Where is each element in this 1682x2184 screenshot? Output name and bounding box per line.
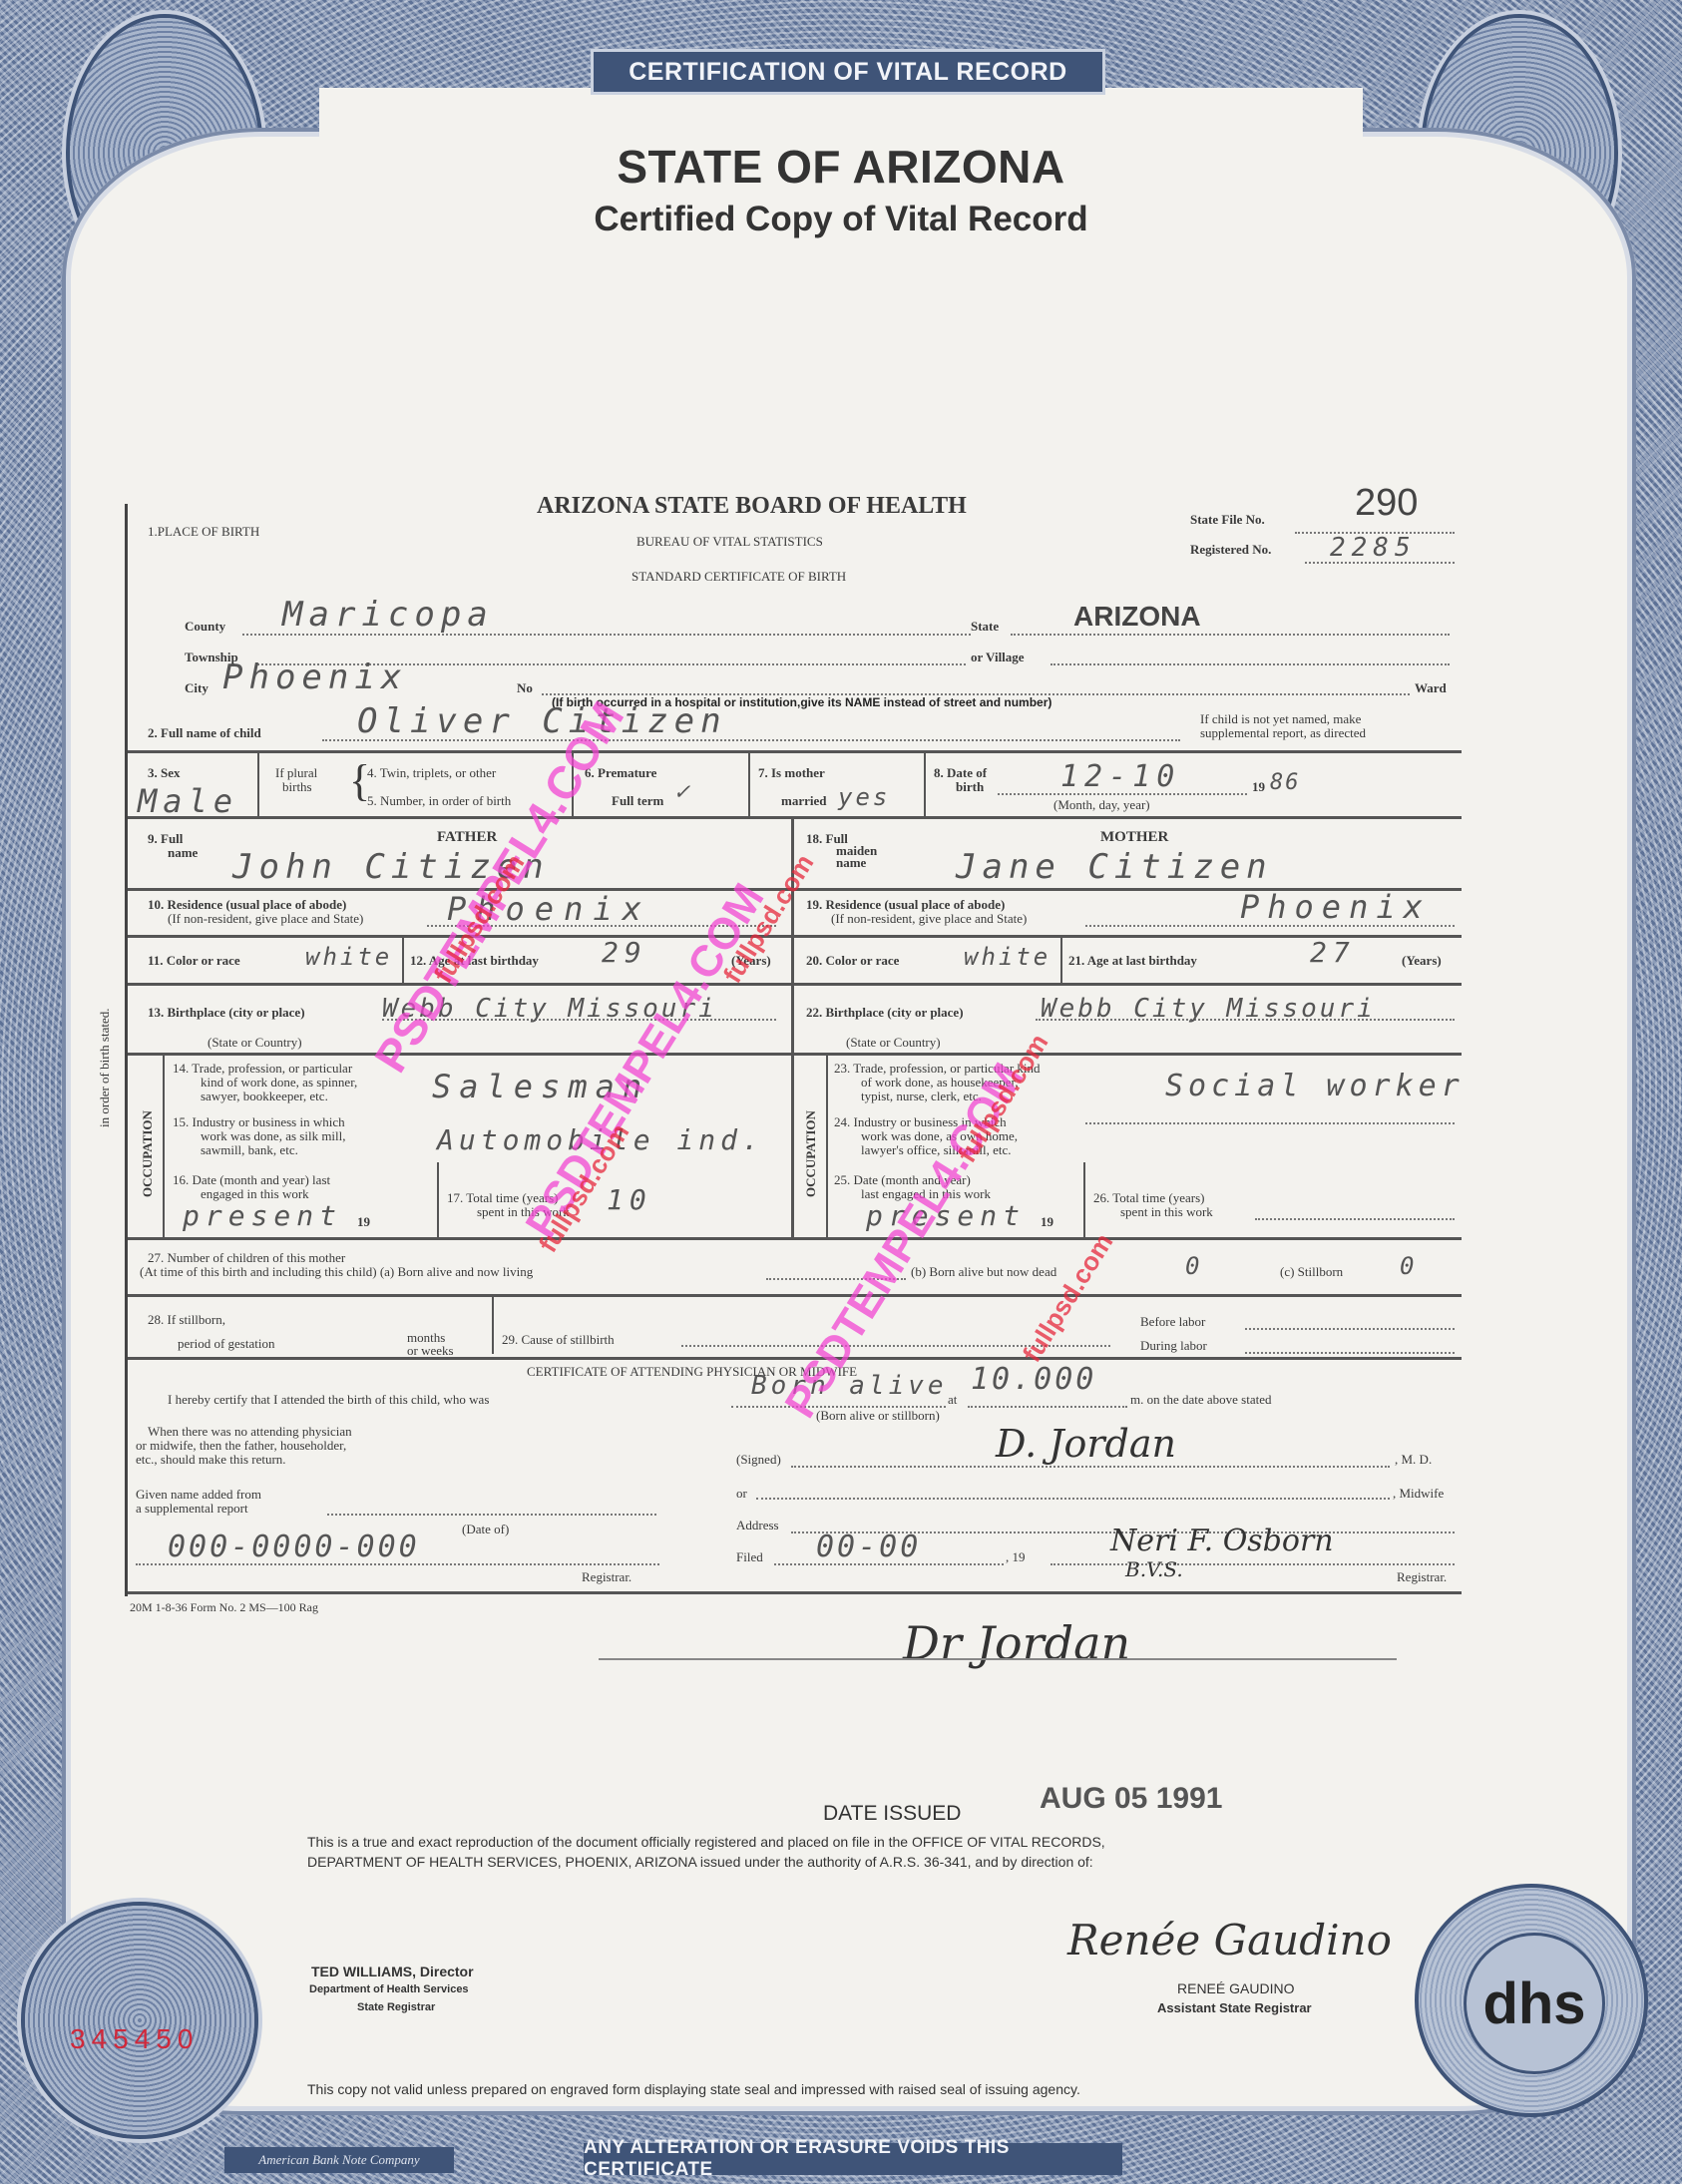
- physician-signature: D. Jordan: [996, 1422, 1176, 1466]
- mother-total-label-2: spent in this work: [1120, 1204, 1213, 1219]
- full-term-label: Full term: [612, 793, 663, 808]
- signature-underline: [599, 1658, 1397, 1660]
- given-name-2: a supplemental report: [136, 1501, 248, 1516]
- child-name-label: 2. Full name of child: [148, 725, 261, 740]
- mother-married-label-2: married: [781, 793, 826, 808]
- time-line: [968, 1406, 1127, 1408]
- place-of-birth-label: 1.PLACE OF BIRTH: [148, 524, 259, 539]
- assistant-role: Assistant State Registrar: [1157, 2000, 1312, 2015]
- date-issued-label: DATE ISSUED: [823, 1802, 961, 1826]
- sex-value: Male: [138, 785, 238, 817]
- form-code: 20M 1-8-36 Form No. 2 MS—100 Rag: [130, 1600, 318, 1615]
- mother-name-value: Jane Citizen: [956, 851, 1273, 883]
- registrar-signature-2: B.V.S.: [1125, 1557, 1183, 1581]
- col-divider: [572, 750, 574, 816]
- father-date-value: present: [183, 1200, 342, 1232]
- mother-married-value: yes: [838, 781, 890, 813]
- stillborn-label: (c) Stillborn: [1280, 1264, 1343, 1279]
- dob-label-2: birth: [956, 779, 984, 794]
- statement-line-1: This is a true and exact reproduction of…: [307, 1834, 1105, 1850]
- father-industry-label-3: sawmill, bank, etc.: [201, 1142, 298, 1157]
- director-dept: Department of Health Services: [309, 1983, 469, 1995]
- cause-line: [681, 1345, 1110, 1347]
- mother-industry-label-1: 24. Industry or business in which: [834, 1114, 1007, 1129]
- mother-date-label-1: 25. Date (month and year): [834, 1172, 971, 1187]
- mother-trade-label-1: 23. Trade, profession, or particular kin…: [834, 1061, 1041, 1076]
- living-line: [766, 1278, 906, 1280]
- ward-label: Ward: [1415, 680, 1447, 695]
- row-divider: [128, 750, 1462, 753]
- father-occupation-label: OCCUPATION: [140, 1110, 155, 1197]
- time-suffix: m. on the date above stated: [1130, 1392, 1272, 1407]
- given-name-line: [327, 1514, 656, 1516]
- state-line: [1011, 634, 1450, 636]
- director-name: TED WILLIAMS, Director: [311, 1964, 474, 1979]
- signed-line: [791, 1466, 1390, 1468]
- plural-label-1: If plural: [275, 765, 317, 780]
- col-divider: [1060, 935, 1062, 983]
- or-label: or: [736, 1486, 747, 1501]
- status-value: Born alive: [751, 1370, 948, 1402]
- father-trade-label-2: kind of work done, as spinner,: [201, 1075, 357, 1090]
- mother-birthplace-label: 22. Birthplace (city or place): [806, 1005, 964, 1020]
- father-date-year-prefix: 19: [357, 1214, 370, 1229]
- father-total-label-1: 17. Total time (years): [447, 1190, 558, 1205]
- mother-name-label-3: name: [836, 855, 866, 870]
- before-labor-label: Before labor: [1140, 1314, 1205, 1329]
- village-label: or Village: [971, 650, 1025, 664]
- registrar-left: Registrar.: [582, 1569, 631, 1584]
- stillborn-value: 0: [1400, 1250, 1420, 1282]
- assistant-signature: Renée Gaudino: [1067, 1916, 1392, 1965]
- col-divider: [492, 1294, 494, 1354]
- mother-industry-label-3: lawyer's office, silk mill, etc.: [861, 1142, 1011, 1157]
- village-line: [1051, 663, 1450, 665]
- full-term-value: ✓: [674, 775, 694, 807]
- father-race-value: white: [305, 941, 392, 973]
- father-trade-value: Salesman: [432, 1071, 649, 1102]
- state-file-value: 290: [1355, 482, 1418, 525]
- mother-date-value: present: [866, 1200, 1026, 1232]
- row-divider: [128, 816, 1462, 819]
- father-residence-value: Phoenix: [447, 893, 651, 925]
- md-label: , M. D.: [1395, 1452, 1432, 1467]
- dob-label-1: 8. Date of: [934, 765, 987, 780]
- dhs-seal: dhs: [1415, 1884, 1648, 2117]
- state-label: State: [971, 619, 999, 634]
- midwife-line: [756, 1498, 1390, 1500]
- father-name-label-2: name: [168, 845, 198, 860]
- board-heading: ARIZONA STATE BOARD OF HEALTH: [537, 492, 967, 520]
- statement-line-2: DEPARTMENT OF HEALTH SERVICES, PHOENIX, …: [307, 1854, 1093, 1870]
- city-label: City: [185, 680, 209, 695]
- validity-note: This copy not valid unless prepared on e…: [307, 2081, 1080, 2097]
- father-date-label-1: 16. Date (month and year) last: [173, 1172, 330, 1187]
- certify-label: I hereby certify that I attended the bir…: [168, 1392, 489, 1407]
- mother-header: MOTHER: [1100, 829, 1168, 846]
- dead-label: (b) Born alive but now dead: [911, 1264, 1056, 1279]
- father-age-label: 12. Age at last birthday: [410, 953, 539, 968]
- filed-value: 00-00: [816, 1531, 921, 1563]
- registrar-signature: Neri F. Osborn: [1110, 1524, 1334, 1558]
- col-divider: [402, 935, 404, 983]
- mother-married-label-1: 7. Is mother: [758, 765, 825, 780]
- director-role: State Registrar: [357, 2001, 435, 2013]
- father-birthplace-value: Webb City Missouri: [382, 993, 717, 1025]
- father-trade-label-1: 14. Trade, profession, or particular: [173, 1061, 352, 1076]
- date-of-label: (Date of): [462, 1522, 509, 1536]
- sex-label: 3. Sex: [148, 765, 181, 780]
- registered-value: 2285: [1330, 532, 1417, 564]
- stillbirth-unit-2: or weeks: [407, 1343, 454, 1358]
- father-race-label: 11. Color or race: [148, 953, 240, 968]
- plural-label-2: births: [282, 779, 312, 794]
- row-divider: [128, 1294, 1462, 1297]
- supplemental-value: 000-0000-000: [168, 1531, 420, 1563]
- form-title: STANDARD CERTIFICATE OF BIRTH: [631, 569, 846, 584]
- no-label: No: [517, 680, 533, 695]
- county-label: County: [185, 619, 225, 634]
- col-divider: [1083, 1162, 1085, 1237]
- col-divider: [826, 1053, 828, 1237]
- father-age-unit: (Years): [731, 953, 771, 968]
- bottom-banner: ANY ALTERATION OR ERASURE VOIDS THIS CER…: [584, 2143, 1122, 2175]
- extra-signature: Dr Jordan: [903, 1616, 1130, 1670]
- stillbirth-label-2: period of gestation: [178, 1336, 274, 1351]
- mother-date-year-prefix: 19: [1041, 1214, 1053, 1229]
- stillbirth-label-1: 28. If stillborn,: [148, 1312, 225, 1327]
- row-divider: [128, 1357, 1462, 1360]
- mother-trade-value: Social worker: [1165, 1071, 1465, 1102]
- row-divider: [128, 983, 793, 986]
- row-divider: [128, 935, 793, 938]
- time-value: 10.000: [971, 1364, 1096, 1396]
- father-industry-label-2: work was done, as silk mill,: [201, 1128, 346, 1143]
- dob-year-value: 86: [1270, 767, 1301, 799]
- mother-age-unit: (Years): [1402, 953, 1442, 968]
- twin-label: 4. Twin, triplets, or other: [367, 765, 496, 780]
- side-note: in order of birth stated.: [97, 1009, 112, 1128]
- mother-race-value: white: [964, 941, 1051, 973]
- top-banner: CERTIFICATION OF VITAL RECORD: [594, 52, 1102, 92]
- father-industry-value: Automobile ind.: [437, 1124, 764, 1156]
- child-name-value: Oliver Citizen: [357, 705, 727, 737]
- paper-top-extension: [319, 88, 1363, 148]
- father-header: FATHER: [437, 829, 497, 846]
- during-labor-label: During labor: [1140, 1338, 1207, 1353]
- col-divider: [437, 1162, 439, 1237]
- mother-total-line: [1255, 1218, 1455, 1220]
- mother-residence-label-1: 19. Residence (usual place of abode): [806, 897, 1005, 912]
- midwife-label: , Midwife: [1393, 1486, 1444, 1501]
- city-value: Phoenix: [222, 661, 407, 693]
- premature-label: 6. Premature: [585, 765, 656, 780]
- mother-country-label: (State or Country): [846, 1035, 941, 1050]
- row-divider: [128, 1591, 1462, 1594]
- father-total-value: 10: [607, 1184, 652, 1216]
- mother-trade-label-3: typist, nurse, clerk, etc.: [861, 1089, 982, 1103]
- children-label-1: 27. Number of children of this mother: [148, 1250, 345, 1265]
- mother-residence-label-2: (If non-resident, give place and State): [831, 911, 1027, 926]
- mother-birthplace-value: Webb City Missouri: [1041, 993, 1376, 1025]
- row-divider: [794, 983, 1462, 986]
- address-label: Address: [736, 1518, 779, 1532]
- state-value: ARIZONA: [1073, 601, 1201, 633]
- mother-industry-label-2: work was done, as own home,: [861, 1128, 1018, 1143]
- row-divider: [794, 1053, 1462, 1056]
- mother-race-label: 20. Color or race: [806, 953, 899, 968]
- father-age-value: 29: [602, 937, 647, 969]
- registrar-sig-line: [1051, 1563, 1455, 1565]
- father-residence-label-1: 10. Residence (usual place of abode): [148, 897, 346, 912]
- status-hint: (Born alive or stillborn): [816, 1408, 940, 1423]
- given-name-1: Given name added from: [136, 1487, 261, 1502]
- mother-residence-value: Phoenix: [1240, 891, 1431, 923]
- child-note-1: If child is not yet named, make: [1200, 711, 1361, 726]
- printer-imprint: American Bank Note Company: [224, 2147, 454, 2173]
- birth-certificate-form: 1.PLACE OF BIRTH ARIZONA STATE BOARD OF …: [125, 504, 1462, 1596]
- father-birthplace-label: 13. Birthplace (city or place): [148, 1005, 305, 1020]
- before-labor-line: [1245, 1328, 1455, 1330]
- dhs-logo: dhs: [1464, 1933, 1605, 2074]
- during-labor-line: [1245, 1352, 1455, 1354]
- bottom-left-seal: [25, 1906, 254, 2135]
- parent-divider: [791, 816, 794, 1237]
- father-name-value: John Citizen: [232, 851, 550, 883]
- mother-age-value: 27: [1310, 937, 1356, 969]
- col-divider: [748, 750, 750, 816]
- no-attend-3: etc., should make this return.: [136, 1452, 286, 1467]
- registered-label: Registered No.: [1190, 542, 1271, 557]
- page-title: STATE OF ARIZONA: [0, 140, 1682, 194]
- dead-value: 0: [1185, 1250, 1205, 1282]
- father-residence-label-2: (If non-resident, give place and State): [168, 911, 363, 926]
- filed-label: Filed: [736, 1549, 763, 1564]
- father-name-label-1: 9. Full: [148, 831, 183, 846]
- father-trade-label-3: sawyer, bookkeeper, etc.: [201, 1089, 328, 1103]
- dob-hint: (Month, day, year): [1053, 797, 1150, 812]
- child-note-2: supplemental report, as directed: [1200, 725, 1366, 740]
- serial-number: 345450: [70, 2023, 199, 2055]
- col-divider: [924, 750, 926, 816]
- county-value: Maricopa: [282, 599, 494, 631]
- order-label: 5. Number, in order of birth: [367, 793, 511, 808]
- row-divider: [794, 935, 1462, 938]
- mother-age-label: 21. Age at last birthday: [1068, 953, 1197, 968]
- signed-label: (Signed): [736, 1452, 781, 1467]
- cause-label: 29. Cause of stillbirth: [502, 1332, 615, 1347]
- father-total-label-2: spent in this work: [477, 1204, 570, 1219]
- col-divider: [163, 1053, 165, 1237]
- registrar-right: Registrar.: [1397, 1569, 1447, 1584]
- mother-total-label-1: 26. Total time (years): [1093, 1190, 1204, 1205]
- mother-occupation-label: OCCUPATION: [803, 1110, 818, 1197]
- father-country-label: (State or Country): [208, 1035, 302, 1050]
- page-subtitle: Certified Copy of Vital Record: [0, 200, 1682, 239]
- dob-year-prefix: 19: [1252, 779, 1265, 794]
- assistant-name: RENEÉ GAUDINO: [1177, 1980, 1294, 1996]
- dob-value: 12-10: [1060, 761, 1180, 793]
- row-divider: [128, 1237, 1462, 1240]
- no-attend-1: When there was no attending physician: [148, 1424, 352, 1439]
- state-file-label: State File No.: [1190, 512, 1265, 527]
- date-issued-value: AUG 05 1991: [1040, 1782, 1222, 1816]
- at-label: at: [948, 1392, 957, 1407]
- col-divider: [257, 750, 259, 816]
- mother-industry-line: [1085, 1122, 1455, 1124]
- mother-trade-label-2: of work done, as housekeeper,: [861, 1075, 1019, 1090]
- row-divider: [128, 1053, 793, 1056]
- father-industry-label-1: 15. Industry or business in which: [173, 1114, 345, 1129]
- no-attend-2: or midwife, then the father, householder…: [136, 1438, 346, 1453]
- bureau-heading: BUREAU OF VITAL STATISTICS: [636, 534, 823, 549]
- filed-year-prefix: , 19: [1006, 1549, 1026, 1564]
- children-label-2: (At time of this birth and including thi…: [140, 1264, 533, 1279]
- supplemental-line: [136, 1563, 659, 1565]
